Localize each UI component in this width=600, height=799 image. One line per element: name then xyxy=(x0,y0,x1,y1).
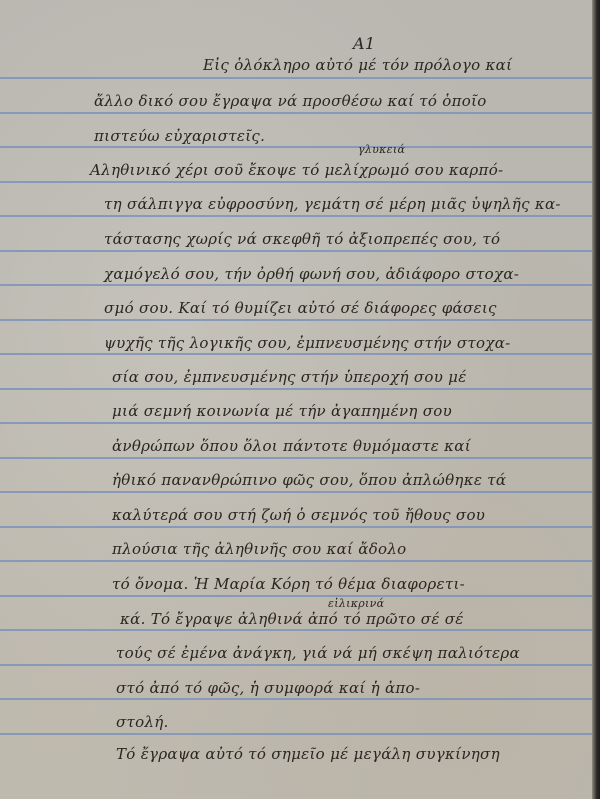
letter-line: πιστεύω εὐχαριστεῖς. xyxy=(94,127,265,145)
ruled-line xyxy=(0,146,592,148)
letter-line: τάστασης χωρίς νά σκεφθῆ τό ἀξιοπρεπές σ… xyxy=(104,230,500,248)
ruled-line xyxy=(0,457,592,459)
ruled-line xyxy=(0,422,592,424)
ruled-line xyxy=(0,388,592,390)
letter-line: κά. Τό ἔγραψε ἀληθινά ἀπό τό πρῶτο σέ σέ xyxy=(120,610,464,628)
ruled-line xyxy=(0,353,592,355)
letter-line: σμό σου. Καί τό θυμίζει αὐτό σέ διάφορες… xyxy=(104,299,497,317)
letter-line: τό ὄνομα. Ἡ Μαρία Κόρη τό θέμα διαφορετι… xyxy=(112,575,465,593)
interlinear-note: γλυκειά xyxy=(358,143,405,156)
ruled-line xyxy=(0,319,592,321)
letter-line: Εἰς ὁλόκληρο αὐτό μέ τόν πρόλογο καί xyxy=(203,56,512,74)
ruled-line xyxy=(0,526,592,528)
letter-line: καλύτερά σου στή ζωή ὁ σεμνός τοῦ ἤθους … xyxy=(112,506,485,524)
letter-line: ἀνθρώπων ὅπου ὅλοι πάντοτε θυμόμαστε καί xyxy=(112,437,471,455)
ruled-line xyxy=(0,629,592,631)
ruled-line xyxy=(0,491,592,493)
page-marker: Α1 xyxy=(353,34,375,53)
letter-line: στό ἀπό τό φῶς, ἡ συμφορά καί ἡ ἀπο- xyxy=(116,679,420,697)
ruled-line xyxy=(0,112,592,114)
letter-line: στολή. xyxy=(116,713,169,731)
letter-line: σία σου, ἐμπνευσμένης στήν ὑπεροχή σου μ… xyxy=(112,368,467,386)
ruled-line xyxy=(0,77,592,79)
letter-line: μιά σεμνή κοινωνία μέ τήν ἀγαπημένη σου xyxy=(112,402,452,420)
ruled-paper-sheet: Α1 Εἰς ὁλόκληρο αὐτό μέ τόν πρόλογο καί … xyxy=(0,0,592,799)
letter-line: χαμόγελό σου, τήν ὀρθή φωνή σου, ἀδιάφορ… xyxy=(104,265,519,283)
letter-line: ἠθικό πανανθρώπινο φῶς σου, ὅπου ἀπλώθηκ… xyxy=(112,471,506,489)
ruled-line xyxy=(0,284,592,286)
letter-line: Αληθινικό χέρι σοῦ ἔκοψε τό μελίχρωμό σο… xyxy=(90,161,503,179)
letter-line: πλούσια τῆς ἀληθινῆς σου καί ἄδολο xyxy=(112,540,407,558)
ruled-line xyxy=(0,595,592,597)
letter-line: ψυχῆς τῆς λογικῆς σου, ἐμπνευσμένης στήν… xyxy=(104,334,511,352)
ruled-line xyxy=(0,215,592,217)
letter-line: τούς σέ ἐμένα ἀνάγκη, γιά νά μή σκέψη πα… xyxy=(116,644,520,662)
ruled-line xyxy=(0,181,592,183)
letter-line: Τό ἔγραψα αὐτό τό σημεῖο μέ μεγάλη συγκί… xyxy=(116,745,500,763)
interlinear-note: εἰλικρινά xyxy=(328,597,384,610)
letter-line: ἄλλο δικό σου ἔγραψα νά προσθέσω καί τό … xyxy=(94,92,487,110)
ruled-line xyxy=(0,560,592,562)
ruled-line xyxy=(0,250,592,252)
ruled-line xyxy=(0,698,592,700)
letter-line: τη σάλπιγγα εὐφροσύνη, γεμάτη σέ μέρη μι… xyxy=(104,195,561,213)
ruled-line xyxy=(0,664,592,666)
ruled-line xyxy=(0,733,592,735)
scanned-page-edge xyxy=(592,0,600,799)
